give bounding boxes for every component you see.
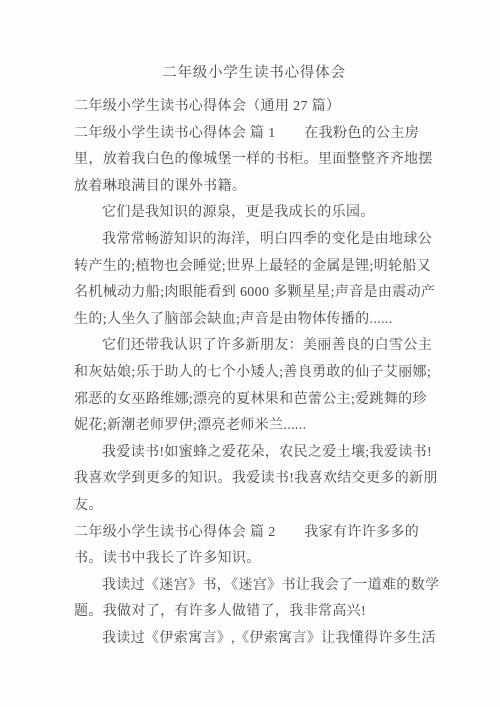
text-line: 二年级小学生读书心得体会（通用 27 篇） [74,94,434,121]
document-page: 二年级小学生读书心得体会 二年级小学生读书心得体会（通用 27 篇）二年级小学生… [0,0,500,707]
text-line: 二年级小学生读书心得体会 篇 1 在我粉色的公主房 [74,121,434,148]
text-line: 题。我做对了，有许多人做错了，我非常高兴! [74,599,434,626]
text-line: 友。 [74,493,434,520]
text-line: 我读过《迷宫》书，《迷宫》书让我会了一道难的数学 [74,573,434,600]
text-line: 我喜欢学到更多的知识。我爱读书!我喜欢结交更多的新朋 [74,466,434,493]
document-title: 二年级小学生读书心得体会 [74,60,434,87]
document-content: 二年级小学生读书心得体会 二年级小学生读书心得体会（通用 27 篇）二年级小学生… [74,60,434,652]
text-line: 放着琳琅满目的课外书籍。 [74,174,434,201]
text-line: 它们是我知识的源泉，更是我成长的乐园。 [74,200,434,227]
text-line: 名机械动力船;肉眼能看到 6000 多颗星星;声音是由震动产 [74,280,434,307]
text-line: 生的;人坐久了脑部会缺血;声音是由物体传播的...... [74,307,434,334]
text-line: 我读过《伊索寓言》,《伊索寓言》让我懂得许多生活 [74,626,434,653]
text-line: 二年级小学生读书心得体会 篇 2 我家有许许多多的 [74,520,434,547]
text-line: 书。读书中我长了许多知识。 [74,546,434,573]
text-line: 我爱读书!如蜜蜂之爱花朵，农民之爱土壤;我爱读书! [74,440,434,467]
text-line: 和灰姑娘;乐于助人的七个小矮人;善良勇敢的仙子艾丽娜; [74,360,434,387]
text-line: 妮花;新潮老师罗伊;漂亮老师米兰...... [74,413,434,440]
text-line: 转产生的;植物也会睡觉;世界上最轻的金属是锂;明轮船又 [74,254,434,281]
text-line: 我常常畅游知识的海洋，明白四季的变化是由地球公 [74,227,434,254]
document-body: 二年级小学生读书心得体会（通用 27 篇）二年级小学生读书心得体会 篇 1 在我… [74,94,434,652]
text-line: 邪恶的女巫路维娜;漂亮的夏林果和芭蕾公主;爱跳舞的珍 [74,387,434,414]
text-line: 里，放着我白色的像城堡一样的书柜。里面整整齐齐地摆 [74,147,434,174]
text-line: 它们还带我认识了许多新朋友：美丽善良的白雪公主 [74,333,434,360]
